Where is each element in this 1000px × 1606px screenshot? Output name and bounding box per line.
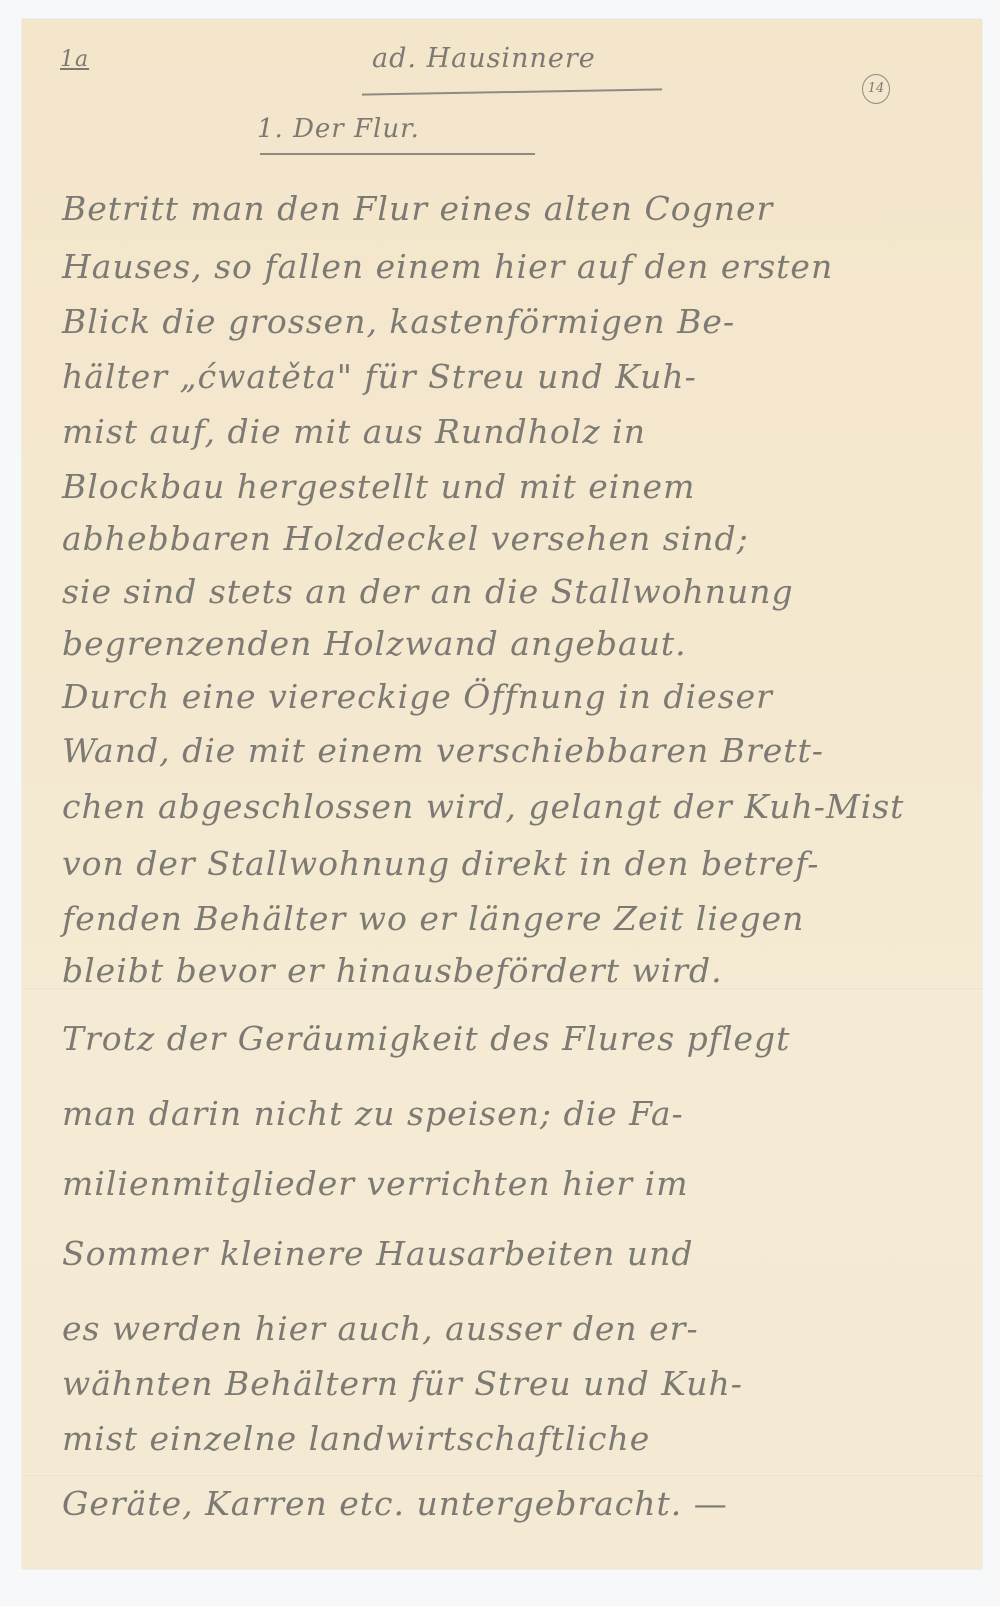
text-line: mist einzelne landwirtschaftliche [62, 1419, 650, 1458]
text-line: Geräte, Karren etc. untergebracht. — [62, 1484, 728, 1523]
text-line: abhebbaren Holzdeckel versehen sind; [62, 519, 749, 558]
text-line: es werden hier auch, ausser den er- [62, 1309, 699, 1348]
manuscript-page: 1a ad. Hausinnere 14 1. Der Flur. Betrit… [22, 19, 982, 1569]
text-line: Trotz der Geräumigkeit des Flures pflegt [62, 1019, 790, 1058]
text-line: Hauses, so fallen einem hier auf den ers… [62, 247, 833, 286]
text-line: milienmitglieder verrichten hier im [62, 1164, 689, 1203]
text-line: Wand, die mit einem verschiebbaren Brett… [62, 731, 824, 770]
text-line: von der Stallwohnung direkt in den betre… [62, 844, 819, 883]
text-line: begrenzenden Holzwand angebaut. [62, 624, 687, 663]
paper-fold-line [22, 1474, 982, 1476]
text-line: chen abgeschlossen wird, gelangt der Kuh… [62, 787, 904, 826]
section-title-underline [260, 153, 535, 155]
text-line: bleibt bevor er hinausbefördert wird. [62, 951, 723, 990]
title-underline [362, 88, 662, 95]
text-line: Betritt man den Flur eines alten Cogner [62, 189, 773, 228]
header-title: ad. Hausinnere [372, 43, 596, 74]
text-line: fenden Behälter wo er längere Zeit liege… [62, 899, 804, 938]
text-line: hälter „ćwatěta" für Streu und Kuh- [62, 357, 697, 396]
text-line: wähnten Behältern für Streu und Kuh- [62, 1364, 743, 1403]
folio-number: 14 [862, 74, 890, 104]
text-line: Blockbau hergestellt und mit einem [62, 467, 695, 506]
text-line: Blick die grossen, kastenförmigen Be- [62, 302, 735, 341]
text-line: mist auf, die mit aus Rundholz in [62, 412, 646, 451]
text-line: Durch eine viereckige Öffnung in dieser [62, 677, 773, 716]
text-line: man darin nicht zu speisen; die Fa- [62, 1094, 684, 1133]
section-title: 1. Der Flur. [257, 114, 420, 144]
page-marker: 1a [60, 47, 89, 72]
text-line: sie sind stets an der an die Stallwohnun… [62, 572, 794, 611]
text-line: Sommer kleinere Hausarbeiten und [62, 1234, 694, 1273]
